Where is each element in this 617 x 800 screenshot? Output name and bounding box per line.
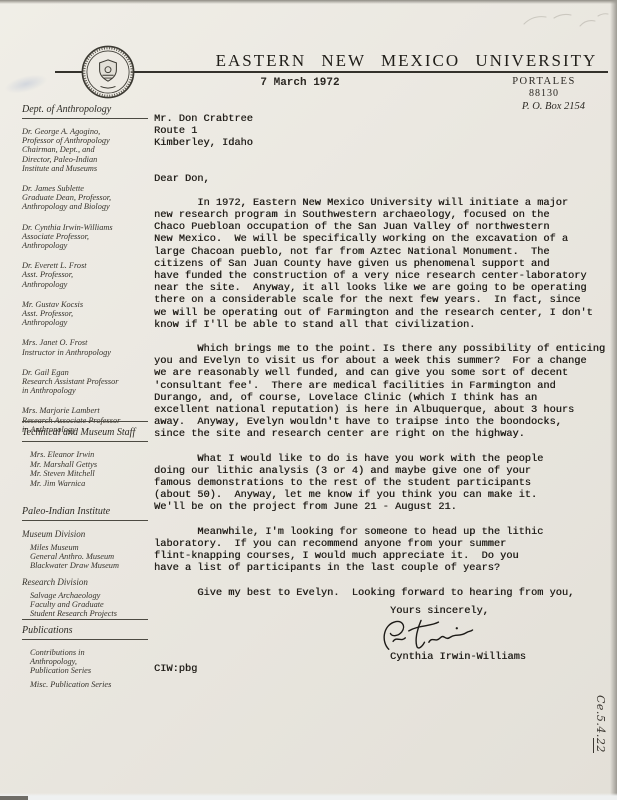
faculty-entry: Dr. Cynthia Irwin-Williams Associate Pro…: [22, 223, 148, 251]
division-subhead: Museum Division: [22, 529, 148, 539]
sidebar-section-dept-of-anthropology: Dept. of Anthropology Dr. George A. Agog…: [22, 104, 148, 445]
paragraph: Meanwhile, I'm looking for someone to he…: [154, 526, 617, 575]
sidebar-heading: Paleo-Indian Institute: [22, 506, 148, 521]
faculty-entry: Dr. George A. Agogino, Professor of Anth…: [22, 127, 148, 173]
salutation: Dear Don,: [154, 173, 617, 185]
sidebar-heading: Publications: [22, 619, 148, 640]
division-items: Miles Museum General Anthro. Museum Blac…: [22, 543, 148, 571]
staff-names: Mrs. Eleanor Irwin Mr. Marshall Gettys M…: [22, 450, 148, 488]
letterhead-zip: 88130: [484, 88, 604, 99]
closing-salutation: Yours sincerely,: [390, 605, 617, 617]
faint-pencil-marks: [520, 4, 612, 36]
paragraph: In 1972, Eastern New Mexico University w…: [154, 197, 617, 331]
paragraph: Which brings me to the point. Is there a…: [154, 343, 617, 441]
publication-entry: Misc. Publication Series: [22, 680, 148, 689]
faculty-entry: Dr. Everett L. Frost Asst. Professor, An…: [22, 261, 148, 289]
letter-date: 7 March 1972: [205, 77, 395, 89]
signature-name: Cynthia Irwin-Williams: [390, 651, 617, 663]
catalog-number: Ce.5.4.22: [593, 695, 607, 755]
sidebar-heading: Dept. of Anthropology: [22, 104, 148, 119]
university-name: EASTERN NEW MEXICO UNIVERSITY: [205, 51, 608, 71]
division-items: Salvage Archaeology Faculty and Graduate…: [22, 591, 148, 619]
letterhead-city: PORTALES: [484, 76, 604, 87]
faculty-entry: Dr. Gail Egan Research Assistant Profess…: [22, 368, 148, 396]
faculty-entry: Mrs. Janet O. Frost Instructor in Anthro…: [22, 338, 148, 356]
recipient-address: Mr. Don Crabtree Route 1 Kimberley, Idah…: [154, 113, 617, 150]
scanned-letter-page: EASTERN NEW MEXICO UNIVERSITY 7 March 19…: [0, 0, 617, 800]
sidebar-section-publications: Publications Contributions in Anthropolo…: [22, 619, 148, 689]
sidebar-section-paleo-indian-institute: Paleo-Indian Institute Museum Division M…: [22, 506, 148, 618]
catalog-number-suffix: 22: [593, 738, 607, 753]
typist-initials: CIW:pbg: [154, 663, 617, 675]
sidebar-heading: Technical and Museum Staff: [22, 421, 148, 442]
sidebar-section-technical-staff: Technical and Museum Staff Mrs. Eleanor …: [22, 421, 148, 488]
letter-body: Mr. Don Crabtree Route 1 Kimberley, Idah…: [154, 113, 617, 675]
letterhead-sidebar: Dept. of Anthropology Dr. George A. Agog…: [22, 0, 148, 800]
faculty-entry: Dr. James Sublette Graduate Dean, Profes…: [22, 184, 148, 212]
paragraph: What I would like to do is have you work…: [154, 453, 617, 514]
po-box: P. O. Box 2154: [460, 101, 585, 112]
faculty-entry: Mr. Gustav Kocsis Asst. Professor, Anthr…: [22, 300, 148, 328]
paragraph: Give my best to Evelyn. Looking forward …: [154, 587, 617, 599]
catalog-number-prefix: Ce.5.4.: [594, 695, 607, 738]
division-subhead: Research Division: [22, 577, 148, 587]
publication-entry: Contributions in Anthropology, Publicati…: [22, 648, 148, 676]
